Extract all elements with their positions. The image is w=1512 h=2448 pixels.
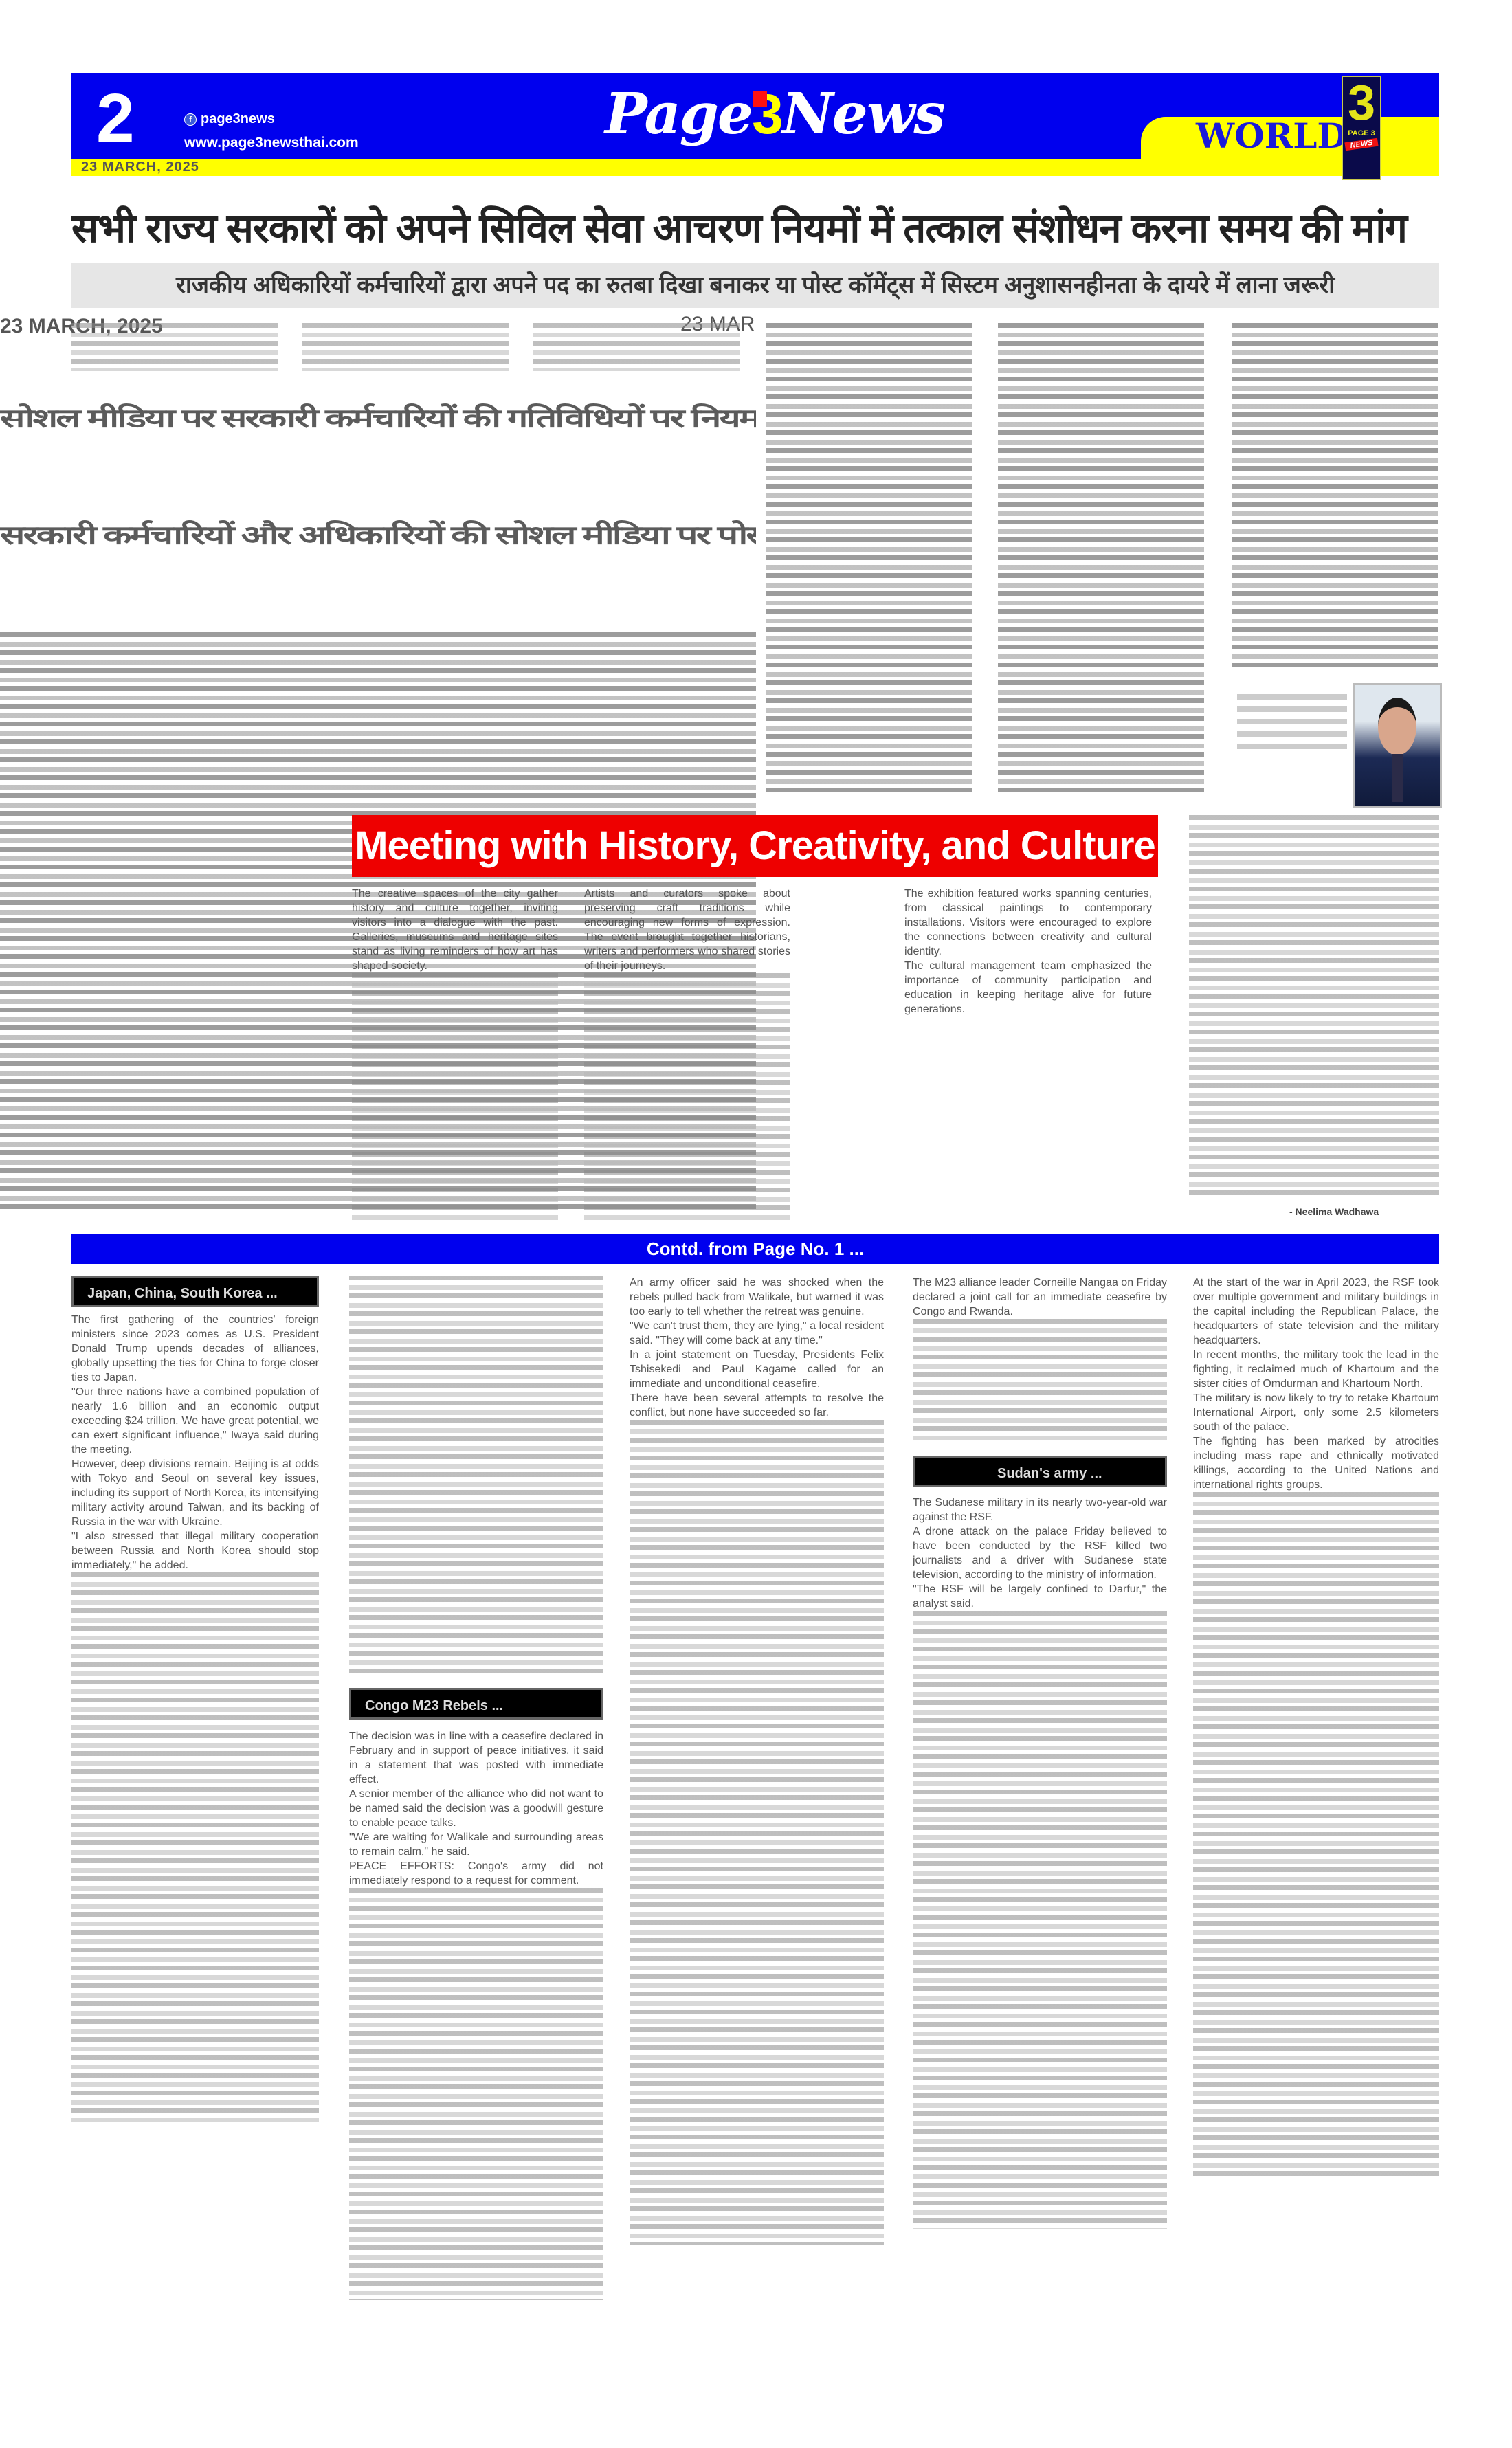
- distorted-line: सोशल मीडिया पर सरकारी कर्मचारियों की गति…: [0, 399, 756, 435]
- masthead-date-strip: [71, 159, 1439, 176]
- feature-byline: - Neelima Wadhawa: [1289, 1206, 1379, 1217]
- distorted-line: सरकारी कर्मचारियों और अधिकारियों की सोशल…: [0, 516, 756, 552]
- section-label: WORLD: [1196, 115, 1347, 156]
- hindi-column-5: [998, 323, 1204, 797]
- logo-text-page: Page: [605, 81, 752, 147]
- continued-column-1: The first gathering of the countries' fo…: [71, 1313, 319, 2371]
- badge-page-text: PAGE 3: [1343, 129, 1380, 137]
- author-face: [1378, 698, 1416, 755]
- author-bio: [1237, 694, 1347, 749]
- continued-bar: Contd. from Page No. 1 ...: [71, 1234, 1439, 1264]
- website-link[interactable]: www.page3newsthai.com: [184, 135, 359, 151]
- facebook-icon: f: [184, 113, 197, 126]
- hindi-headline: सभी राज्य सरकारों को अपने सिविल सेवा आचर…: [71, 199, 1439, 254]
- page-number: 2: [96, 77, 135, 159]
- badge-news-text: NEWS: [1344, 138, 1378, 151]
- facebook-link[interactable]: f page3news: [184, 111, 275, 127]
- continued-column-5: At the start of the war in April 2023, t…: [1193, 1276, 1439, 2375]
- continued-column-4a: The M23 alliance leader Corneille Nangaa…: [913, 1276, 1167, 1440]
- newspaper-logo: Page3News: [605, 81, 944, 147]
- hindi-column-2: [302, 323, 509, 371]
- author-tie: [1392, 754, 1403, 802]
- section-header-japan-china: Japan, China, South Korea ...: [71, 1276, 319, 1307]
- section-header-sudan-army: Sudan's army ...: [913, 1456, 1167, 1487]
- continued-column-2b: The decision was in line with a ceasefir…: [349, 1729, 603, 2375]
- feature-column-1: The creative spaces of the city gather h…: [352, 887, 558, 1223]
- logo-number-three: 3: [752, 83, 782, 146]
- feature-column-3: The exhibition featured works spanning c…: [904, 887, 1152, 1223]
- author-photo: [1353, 683, 1442, 808]
- section-header-congo-m23: Congo M23 Rebels ...: [349, 1688, 603, 1720]
- logo-text-news: News: [782, 81, 944, 147]
- hindi-subheadline: राजकीय अधिकारियों कर्मचारियों द्वारा अपन…: [71, 263, 1439, 308]
- feature-column-2: Artists and curators spoke about preserv…: [584, 887, 790, 1223]
- continued-column-3: An army officer said he was shocked when…: [630, 1276, 884, 2375]
- hindi-column-4: [766, 323, 972, 797]
- badge-number: 3: [1343, 77, 1380, 129]
- hindi-column-1: [71, 323, 278, 371]
- page3-badge-logo: 3 PAGE 3 NEWS: [1342, 76, 1381, 180]
- facebook-handle: page3news: [201, 111, 275, 127]
- hindi-column-6: [1232, 323, 1438, 667]
- hindi-column-3: [533, 323, 740, 371]
- continued-column-2a: [349, 1276, 603, 1674]
- continued-column-4b: The Sudanese military in its nearly two-…: [913, 1495, 1167, 2375]
- issue-date: 23 MARCH, 2025: [81, 159, 199, 175]
- feature-column-4: [1189, 815, 1439, 1200]
- feature-banner-title: Meeting with History, Creativity, and Cu…: [352, 815, 1158, 877]
